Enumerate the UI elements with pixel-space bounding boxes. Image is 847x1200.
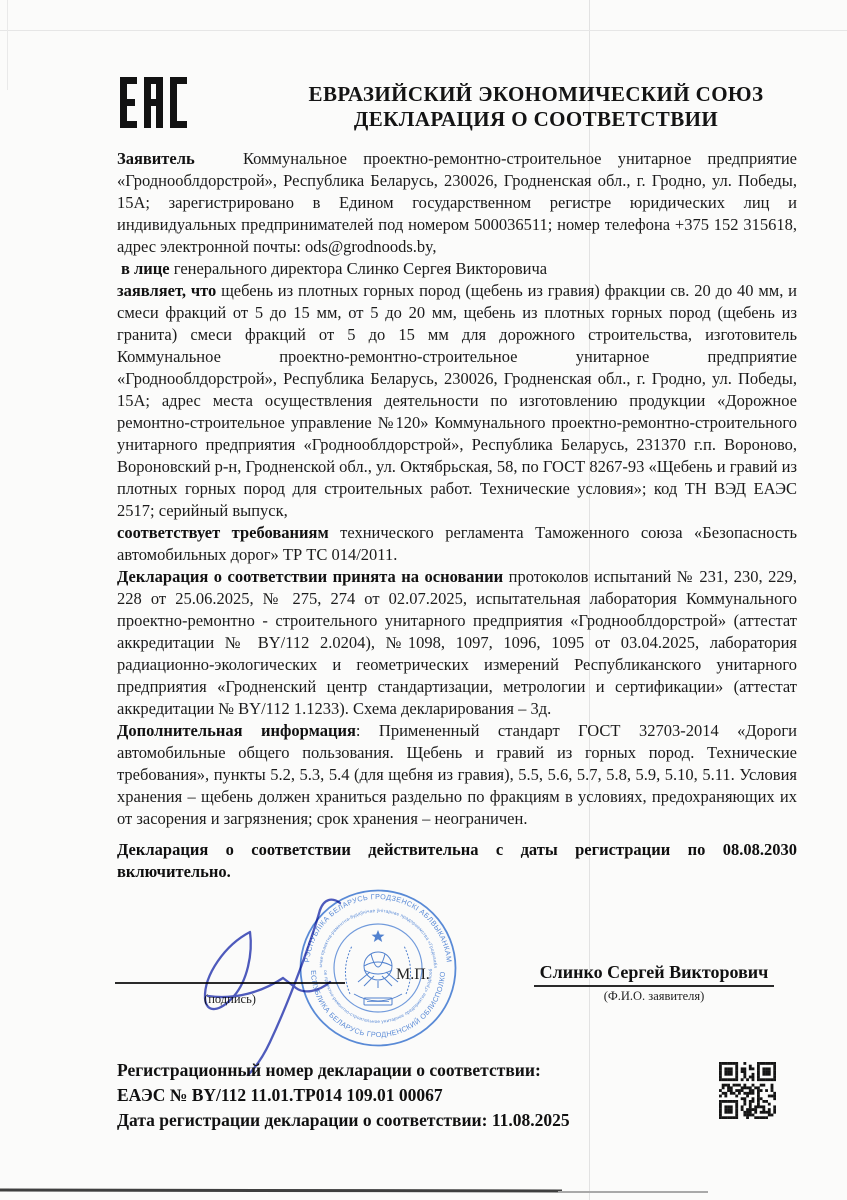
declares-text: щебень из плотных горных пород (щебень и… [117, 281, 797, 520]
declaration-body-text: Заявитель Коммунальное проектно-ремонтно… [117, 148, 797, 883]
applicant-label: Заявитель [117, 149, 195, 168]
qr-code [719, 1062, 776, 1119]
declaration-document-page: { "header": { "eac_mark_label": "ЕАС", "… [0, 0, 847, 1200]
basis-label: Декларация о соответствии принята на осн… [117, 567, 503, 586]
paragraph-additional-info: Дополнительная информация: Примененный с… [117, 720, 797, 830]
complies-label: соответствует требованиям [117, 523, 329, 542]
signer-name: Слинко Сергей Викторович [534, 962, 775, 987]
paragraph-basis: Декларация о соответствии принята на осн… [117, 566, 797, 720]
additional-info-label: Дополнительная информация [117, 721, 356, 740]
scan-artifact-top [0, 30, 847, 31]
person-text: генерального директора Слинко Сергея Вик… [170, 259, 547, 278]
paragraph-complies: соответствует требованиям технического р… [117, 522, 797, 566]
validity-text: Декларация о соответствии действительна … [117, 840, 797, 881]
eac-conformity-mark-icon [120, 77, 187, 128]
title-declaration: ДЕКЛАРАЦИЯ О СООТВЕТСТВИИ [256, 107, 816, 132]
basis-text: протоколов испытаний № 231, 230, 229, 22… [117, 567, 797, 718]
title-union: ЕВРАЗИЙСКИЙ ЭКОНОМИЧЕСКИЙ СОЮЗ [256, 82, 816, 107]
paragraph-applicant: Заявитель Коммунальное проектно-ремонтно… [117, 148, 797, 258]
registration-date-line: Дата регистрации декларации о соответств… [117, 1108, 737, 1133]
registration-number-value: ЕАЭС № BY/112 11.01.ТР014 109.01 00067 [117, 1083, 737, 1108]
paragraph-person: в лице генерального директора Слинко Сер… [117, 258, 797, 280]
applicant-text: Коммунальное проектно-ремонтно-строитель… [117, 149, 797, 256]
scan-page-bottom-edge-light [558, 1191, 708, 1193]
registration-info-block: Регистрационный номер декларации о соотв… [117, 1058, 737, 1133]
paragraph-declares: заявляет, что щебень из плотных горных п… [117, 280, 797, 522]
scan-page-bottom-edge [0, 1189, 562, 1193]
declares-label: заявляет, что [117, 281, 216, 300]
signer-name-block: Слинко Сергей Викторович (Ф.И.О. заявите… [518, 962, 790, 1004]
document-title: ЕВРАЗИЙСКИЙ ЭКОНОМИЧЕСКИЙ СОЮЗ ДЕКЛАРАЦИ… [256, 82, 816, 132]
registration-number-label: Регистрационный номер декларации о соотв… [117, 1058, 737, 1083]
scan-page-left-edge [7, 0, 8, 90]
paragraph-validity: Декларация о соответствии действительна … [117, 839, 797, 883]
person-label: в лице [121, 259, 170, 278]
signer-name-caption: (Ф.И.О. заявителя) [518, 989, 790, 1004]
